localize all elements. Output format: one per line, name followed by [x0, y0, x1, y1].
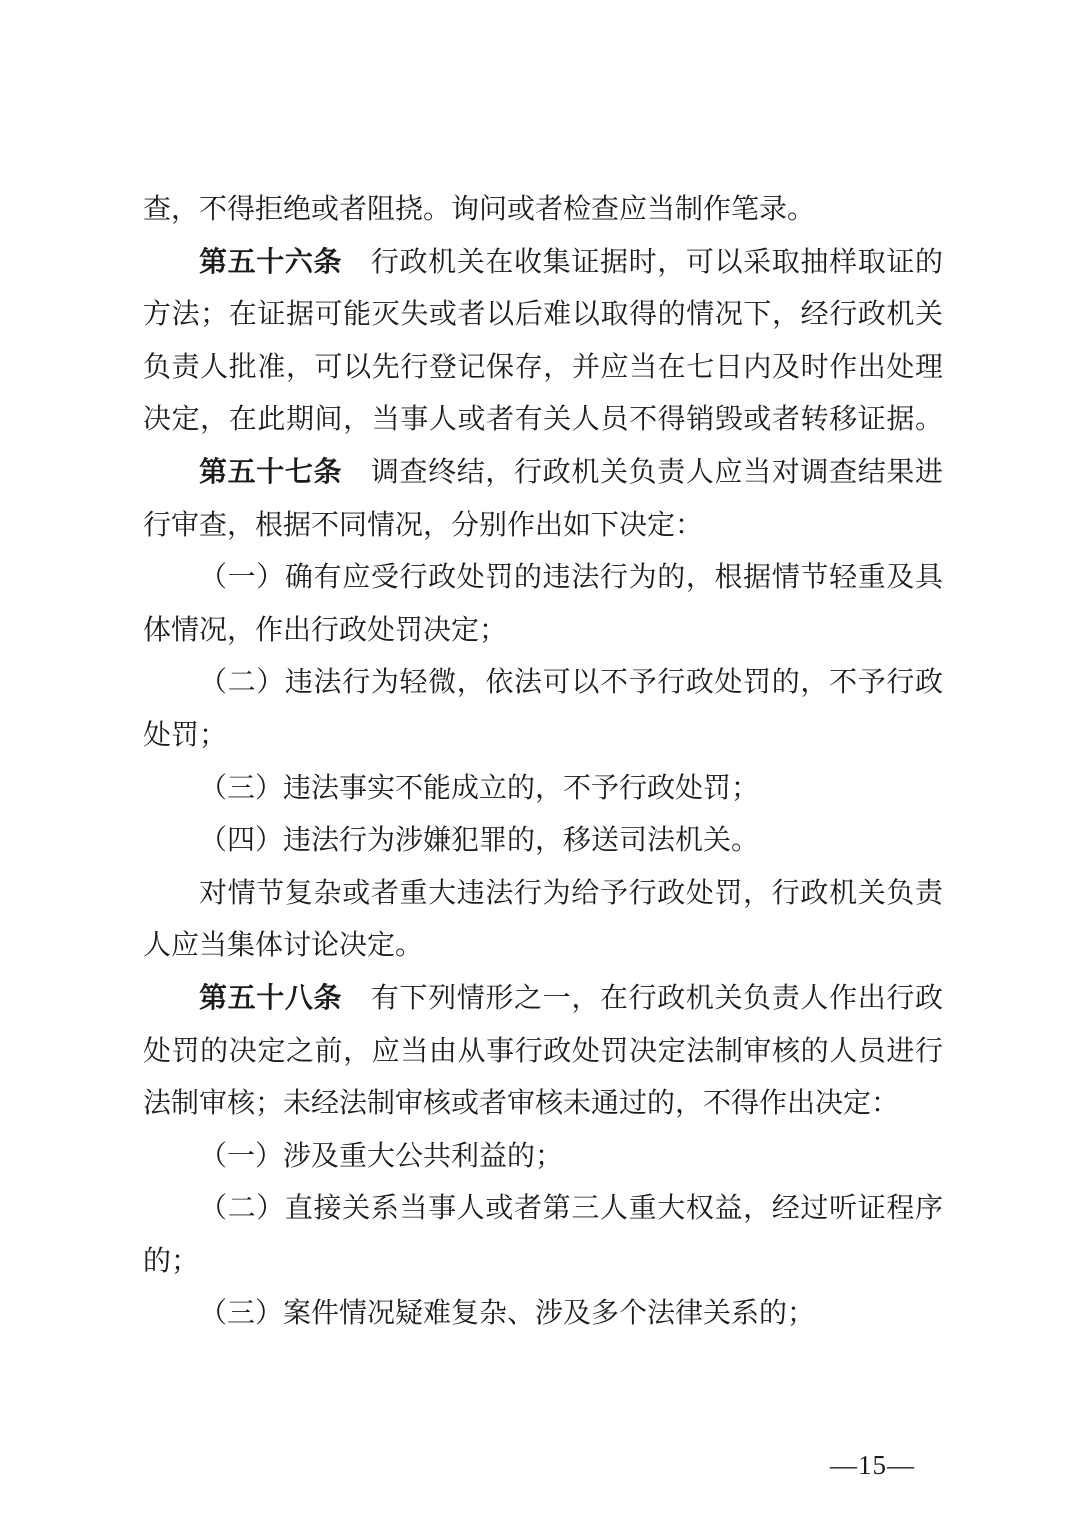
text-line: 查，不得拒绝或者阻挠。询问或者检查应当制作笔录。 — [143, 184, 943, 237]
body-text: 体情况，作出行政处罚决定； — [143, 615, 507, 646]
text-line: 第五十七条 调查终结，行政机关负责人应当对调查结果进 — [143, 447, 943, 500]
text-line: 第五十八条 有下列情形之一，在行政机关负责人作出行政 — [143, 973, 943, 1026]
text-line: 决定，在此期间，当事人或者有关人员不得销毁或者转移证据。 — [143, 394, 943, 447]
body-text: （二）违法行为轻微，依法可以不予行政处罚的，不予行政 — [199, 667, 943, 698]
body-text: 人应当集体讨论决定。 — [143, 930, 423, 961]
body-text: 法制审核；未经法制审核或者审核未通过的，不得作出决定： — [143, 1088, 899, 1119]
text-line: 的； — [143, 1236, 943, 1289]
text-line: 第五十六条 行政机关在收集证据时，可以采取抽样取证的 — [143, 237, 943, 290]
body-text: （一）涉及重大公共利益的； — [199, 1141, 563, 1172]
text-line: 行审查，根据不同情况，分别作出如下决定： — [143, 500, 943, 553]
text-line: （一）涉及重大公共利益的； — [143, 1131, 943, 1184]
text-line: 处罚； — [143, 710, 943, 763]
body-text: （四）违法行为涉嫌犯罪的，移送司法机关。 — [199, 825, 759, 856]
body-text: 决定，在此期间，当事人或者有关人员不得销毁或者转移证据。 — [143, 404, 943, 435]
text-line: 体情况，作出行政处罚决定； — [143, 605, 943, 658]
document-text-block: 查，不得拒绝或者阻挠。询问或者检查应当制作笔录。第五十六条 行政机关在收集证据时… — [143, 184, 943, 1341]
text-line: 负责人批准，可以先行登记保存，并应当在七日内及时作出处理 — [143, 342, 943, 395]
body-text: 处罚的决定之前，应当由从事行政处罚决定法制审核的人员进行 — [143, 1036, 943, 1067]
text-line: 处罚的决定之前，应当由从事行政处罚决定法制审核的人员进行 — [143, 1026, 943, 1079]
body-text: 处罚； — [143, 720, 227, 751]
body-text: （二）直接关系当事人或者第三人重大权益，经过听证程序 — [199, 1193, 943, 1224]
text-line: 对情节复杂或者重大违法行为给予行政处罚，行政机关负责 — [143, 868, 943, 921]
text-line: 法制审核；未经法制审核或者审核未通过的，不得作出决定： — [143, 1078, 943, 1131]
article-number: 第五十八条 — [199, 983, 342, 1014]
text-line: （四）违法行为涉嫌犯罪的，移送司法机关。 — [143, 815, 943, 868]
text-line: （一）确有应受行政处罚的违法行为的，根据情节轻重及具 — [143, 552, 943, 605]
text-line: （三）违法事实不能成立的，不予行政处罚； — [143, 763, 943, 816]
text-line: 人应当集体讨论决定。 — [143, 920, 943, 973]
body-text: （一）确有应受行政处罚的违法行为的，根据情节轻重及具 — [199, 562, 943, 593]
body-text: 查，不得拒绝或者阻挠。询问或者检查应当制作笔录。 — [143, 194, 815, 225]
document-page: 查，不得拒绝或者阻挠。询问或者检查应当制作笔录。第五十六条 行政机关在收集证据时… — [0, 0, 1074, 1520]
body-text: （三）案件情况疑难复杂、涉及多个法律关系的； — [199, 1298, 815, 1329]
body-text: 行审查，根据不同情况，分别作出如下决定： — [143, 510, 703, 541]
body-text: 有下列情形之一，在行政机关负责人作出行政 — [342, 983, 943, 1014]
text-line: （三）案件情况疑难复杂、涉及多个法律关系的； — [143, 1288, 943, 1341]
body-text: 行政机关在收集证据时，可以采取抽样取证的 — [342, 247, 943, 278]
text-line: 方法；在证据可能灭失或者以后难以取得的情况下，经行政机关 — [143, 289, 943, 342]
body-text: 对情节复杂或者重大违法行为给予行政处罚，行政机关负责 — [199, 878, 943, 909]
body-text: （三）违法事实不能成立的，不予行政处罚； — [199, 773, 759, 804]
body-text: 方法；在证据可能灭失或者以后难以取得的情况下，经行政机关 — [143, 299, 943, 330]
body-text: 的； — [143, 1246, 199, 1277]
text-line: （二）违法行为轻微，依法可以不予行政处罚的，不予行政 — [143, 657, 943, 710]
body-text: 调查终结，行政机关负责人应当对调查结果进 — [342, 457, 943, 488]
page-number: —15— — [830, 1448, 915, 1482]
body-text: 负责人批准，可以先行登记保存，并应当在七日内及时作出处理 — [143, 352, 943, 383]
text-line: （二）直接关系当事人或者第三人重大权益，经过听证程序 — [143, 1183, 943, 1236]
article-number: 第五十七条 — [199, 457, 342, 488]
article-number: 第五十六条 — [199, 247, 342, 278]
